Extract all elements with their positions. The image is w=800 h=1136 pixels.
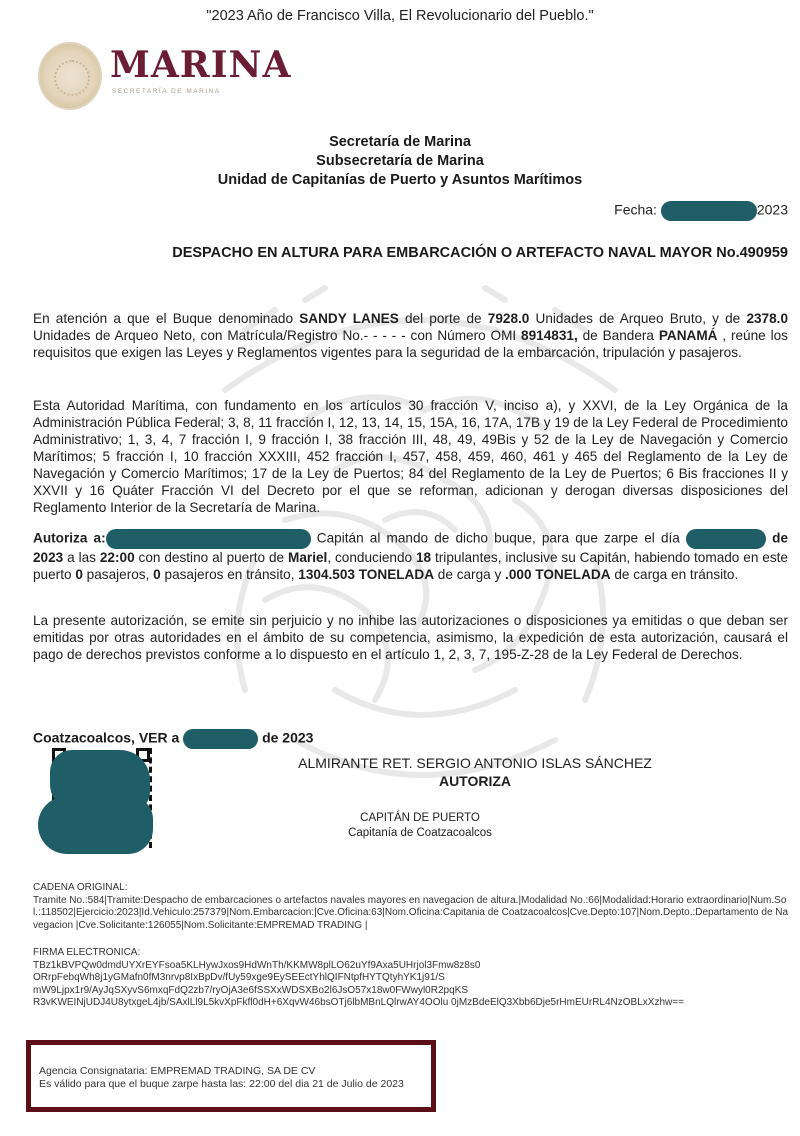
cargo-tonnage: 1304.503 TONELADA [298,567,434,582]
signer-role: AUTORIZA [280,772,670,790]
signer-office-name: Capitanía de Coatzacoalcos [320,826,520,841]
legal-basis-paragraph: Esta Autoridad Marítima, con fundamento … [33,397,788,516]
destination-port: Mariel [288,550,327,565]
signer-name: ALMIRANTE RET. SERGIO ANTONIO ISLAS SÁNC… [280,754,670,772]
logo-wordmark: MARINA [110,44,291,86]
passenger-count: 0 [75,567,83,582]
signer-block: ALMIRANTE RET. SERGIO ANTONIO ISLAS SÁNC… [280,754,670,790]
marina-logo: MARINA SECRETARÍA DE MARINA [38,40,288,112]
crew-count: 18 [416,550,431,565]
firma-line: ORrpFebqWh8j1yGMafn0fM3nrvp8IxBpDv/fUy59… [33,972,793,985]
issue-date-redaction [183,729,258,749]
cadena-original: CADENA ORIGINAL: Tramite No.:584|Tramite… [33,882,793,932]
signer-office: CAPITÁN DE PUERTO Capitanía de Coatzacoa… [320,811,520,841]
registry-number: - - - - - [364,328,406,343]
vessel-paragraph: En atención a que el Buque denominado SA… [33,310,788,361]
firma-line: R3vKWEINjUDJ4U8ytxgeL4jb/SAxlLl9L5kvXpFk… [33,997,793,1010]
issuing-authority-heading: Secretaría de Marina Subsecretaría de Ma… [180,133,620,190]
captain-name-redaction [106,529,311,549]
issue-place-date: Coatzacoalcos, VER a de 2023 [33,729,313,749]
firma-line: TBz1kBVPQw0dmdUYXrEYFsoa5KLHywJxos9HdWnT… [33,960,793,973]
motto-header: "2023 Año de Francisco Villa, El Revoluc… [0,8,800,24]
qr-redaction [38,796,153,854]
cadena-original-text: Tramite No.:584|Tramite:Despacho de emba… [33,895,793,933]
heading-line-1: Secretaría de Marina [180,133,620,152]
heading-line-2: Subsecretaría de Marina [180,152,620,171]
gross-tonnage: 7928.0 [488,311,530,326]
cadena-original-label: CADENA ORIGINAL: [33,882,793,895]
signer-position: CAPITÁN DE PUERTO [320,811,520,826]
agency-name: Agencia Consignataria: EMPREMAD TRADING,… [39,1065,404,1078]
date-redaction [661,201,757,221]
coat-of-arms-icon [38,42,102,110]
departure-time: 22:00 [100,550,135,565]
transit-passenger-count: 0 [153,567,161,582]
agency-notice-box: Agencia Consignataria: EMPREMAD TRADING,… [26,1040,436,1112]
firma-line: mW9Ljpx1r9/AyJqSXyvS6mxqFdQ2zb7/ryOjA3e6… [33,985,793,998]
validity-notice: Es válido para que el buque zarpe hasta … [39,1078,404,1091]
logo-subtitle: SECRETARÍA DE MARINA [112,88,221,95]
qr-code [50,748,160,848]
imo-number: 8914831, [521,328,578,343]
authorize-label: Autoriza a: [33,531,106,546]
vessel-flag: PANAMÁ [659,328,718,343]
authorization-paragraph: Autoriza a: Capitán al mando de dicho bu… [33,529,788,583]
vessel-name: SANDY LANES [299,311,399,326]
document-date: Fecha: 2023 [614,201,788,221]
heading-line-3: Unidad de Capitanías de Puerto y Asuntos… [180,171,620,190]
date-label: Fecha: [614,202,657,218]
firma-label: FIRMA ELECTRONICA: [33,947,793,960]
disclaimer-paragraph: La presente autorización, se emite sin p… [33,612,788,663]
departure-date-redaction [686,529,766,549]
net-tonnage: 2378.0 [746,311,788,326]
firma-electronica: FIRMA ELECTRONICA: TBz1kBVPQw0dmdUYXrEYF… [33,947,793,1010]
transit-cargo-tonnage: .000 TONELADA [505,567,611,582]
document-title: DESPACHO EN ALTURA PARA EMBARCACIÓN O AR… [0,245,800,261]
date-year: 2023 [757,202,788,218]
